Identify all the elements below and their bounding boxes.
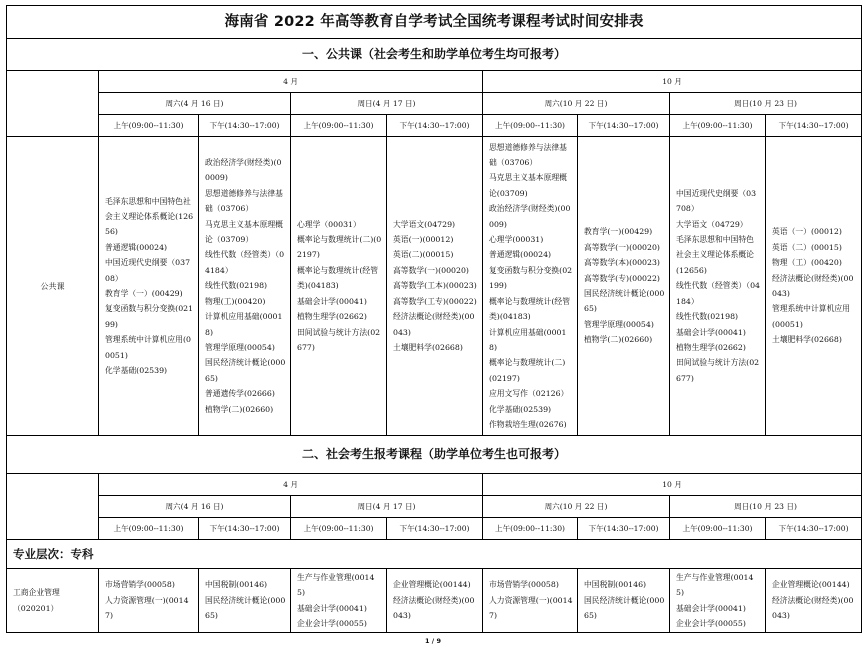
course-cell: 大学语文(04729)英语(一)(00012)英语(二)(00015)高等数学(… xyxy=(387,137,483,436)
course-entry: 概率论与数理统计(经管类)(04183) xyxy=(489,294,573,325)
month-april: 4 月 xyxy=(99,71,483,93)
slot-morning: 上午(09:00--11:30) xyxy=(291,518,387,540)
course-entry: 马克思主义基本原理概论(03709) xyxy=(489,170,573,201)
course-entry: 线性代数（经管类）（04184） xyxy=(205,247,286,278)
course-cell: 企业管理概论(00144)经济法概论(财经类)(00043) xyxy=(387,569,483,633)
course-entry: 化学基础(02539) xyxy=(105,363,194,378)
course-entry: 国民经济统计概论(00065) xyxy=(205,355,286,386)
course-entry: 复变函数与积分变换(02199) xyxy=(489,263,573,294)
exam-schedule-page: 海南省 2022 年高等教育自学考试全国统考课程考试时间安排表 一、公共课（社会… xyxy=(6,5,861,633)
course-entry: 化学基础(02539) xyxy=(489,402,573,417)
section2-heading: 二、社会考生报考课程（助学单位考生也可报考） xyxy=(7,436,862,474)
course-cell: 思想道德修养与法律基础（03706）马克思主义基本原理概论(03709)政治经济… xyxy=(483,137,578,436)
course-entry: 概率论与数理统计(二)(02197) xyxy=(297,232,382,263)
course-entry: 马克思主义基本原理概论（03709） xyxy=(205,217,286,248)
course-entry: 应用文写作（02126） xyxy=(489,386,573,401)
course-entry: 教育学（一）(00429) xyxy=(105,286,194,301)
course-entry: 计算机应用基础(00018) xyxy=(205,309,286,340)
course-entry: 国民经济统计概论(00065) xyxy=(584,286,665,317)
course-entry: 生产与作业管理(00145) xyxy=(676,570,761,601)
course-entry: 经济法概论(财经类)(00043) xyxy=(393,593,478,624)
course-entry: 市场营销学(00058) xyxy=(105,577,194,592)
course-entry: 政治经济学(财经类)(00009) xyxy=(205,155,286,186)
month-april: 4 月 xyxy=(99,474,483,496)
course-entry: 人力资源管理(一)(00147) xyxy=(105,593,194,624)
course-entry: 基础会计学(00041) xyxy=(297,601,382,616)
course-entry: 普通遗传学(02666) xyxy=(205,386,286,401)
course-entry: 企业会计学(00055) xyxy=(297,616,382,631)
course-entry: 企业会计学(00055) xyxy=(676,616,761,631)
course-cell: 中国税制(00146)国民经济统计概论(00065) xyxy=(199,569,291,633)
course-entry: 国民经济统计概论(00065) xyxy=(584,593,665,624)
course-entry: 经济法概论(财经类)(00043) xyxy=(772,593,857,624)
education-level: 专业层次：专科 xyxy=(7,540,862,569)
course-entry: 概率论与数理统计(经管类)(04183) xyxy=(297,263,382,294)
day-header: 周六(4 月 16 日) xyxy=(99,496,291,518)
course-entry: 物理(工)(00420) xyxy=(205,294,286,309)
slot-morning: 上午(09:00--11:30) xyxy=(99,518,199,540)
major-name: 工商企业管理 xyxy=(13,585,98,600)
document-title: 海南省 2022 年高等教育自学考试全国统考课程考试时间安排表 xyxy=(7,6,862,39)
course-entry: 普通逻辑(00024) xyxy=(105,240,194,255)
course-cell: 生产与作业管理(00145)基础会计学(00041)企业会计学(00055) xyxy=(670,569,766,633)
section1-heading: 一、公共课（社会考生和助学单位考生均可报考） xyxy=(7,39,862,71)
day-header: 周六(10 月 22 日) xyxy=(483,496,670,518)
slot-afternoon: 下午(14:30--17:00) xyxy=(766,518,862,540)
slot-afternoon: 下午(14:30--17:00) xyxy=(387,518,483,540)
month-october: 10 月 xyxy=(483,474,862,496)
exam-schedule-table: 海南省 2022 年高等教育自学考试全国统考课程考试时间安排表 一、公共课（社会… xyxy=(6,5,862,633)
major-name-cell: 工商企业管理 （020201） xyxy=(7,569,99,633)
course-entry: 普通逻辑(00024) xyxy=(489,247,573,262)
course-entry: 高等数学(工本)(00023) xyxy=(393,278,478,293)
course-entry: 心理学（00031） xyxy=(297,217,382,232)
course-cell: 市场营销学(00058)人力资源管理(一)(00147) xyxy=(483,569,578,633)
slot-morning: 上午(09:00--11:30) xyxy=(99,115,199,137)
course-entry: 田间试验与统计方法(02677) xyxy=(297,325,382,356)
course-cell: 生产与作业管理(00145)基础会计学(00041)企业会计学(00055) xyxy=(291,569,387,633)
slot-afternoon: 下午(14:30--17:00) xyxy=(766,115,862,137)
slot-afternoon: 下午(14:30--17:00) xyxy=(387,115,483,137)
course-entry: 国民经济统计概论(00065) xyxy=(205,593,286,624)
day-header: 周六(10 月 22 日) xyxy=(483,93,670,115)
course-entry: 毛泽东思想和中国特色社会主义理论体系概论(12656) xyxy=(105,194,194,240)
course-entry: 高等数学(一)(00020) xyxy=(584,240,665,255)
slot-morning: 上午(09:00--11:30) xyxy=(670,115,766,137)
course-entry: 中国近现代史纲要（03708） xyxy=(105,255,194,286)
course-entry: 生产与作业管理(00145) xyxy=(297,570,382,601)
course-entry: 企业管理概论(00144) xyxy=(393,577,478,592)
day-header: 周日(4 月 17 日) xyxy=(291,496,483,518)
course-entry: 教育学(一)(00429) xyxy=(584,224,665,239)
course-cell: 政治经济学(财经类)(00009)思想道德修养与法律基础（03706）马克思主义… xyxy=(199,137,291,436)
course-entry: 英语（一）(00012) xyxy=(772,224,857,239)
course-entry: 中国税制(00146) xyxy=(584,577,665,592)
course-cell: 市场营销学(00058)人力资源管理(一)(00147) xyxy=(99,569,199,633)
course-entry: 毛泽东思想和中国特色社会主义理论体系概论(12656) xyxy=(676,232,761,278)
day-header: 周日(10 月 23 日) xyxy=(670,496,862,518)
course-entry: 管理系统中计算机应用(00051) xyxy=(105,332,194,363)
course-entry: 管理学原理(00054) xyxy=(584,317,665,332)
course-entry: 高等数学(专)(00022) xyxy=(584,271,665,286)
slot-afternoon: 下午(14:30--17:00) xyxy=(199,115,291,137)
course-cell: 中国税制(00146)国民经济统计概论(00065) xyxy=(578,569,670,633)
course-entry: 思想道德修养与法律基础（03706） xyxy=(489,140,573,171)
course-entry: 高等数学(本)(00023) xyxy=(584,255,665,270)
course-entry: 心理学(00031) xyxy=(489,232,573,247)
course-entry: 植物学(二)(02660) xyxy=(205,402,286,417)
course-entry: 经济法概论(财经类)(00043) xyxy=(772,271,857,302)
slot-morning: 上午(09:00--11:30) xyxy=(483,115,578,137)
row-label-public-course: 公共课 xyxy=(7,137,99,436)
course-entry: 计算机应用基础(00018) xyxy=(489,325,573,356)
course-entry: 田间试验与统计方法(02677) xyxy=(676,355,761,386)
day-header: 周日(4 月 17 日) xyxy=(291,93,483,115)
course-entry: 基础会计学(00041) xyxy=(297,294,382,309)
course-entry: 市场营销学(00058) xyxy=(489,577,573,592)
course-entry: 土壤肥料学(02668) xyxy=(393,340,478,355)
course-cell: 教育学(一)(00429)高等数学(一)(00020)高等数学(本)(00023… xyxy=(578,137,670,436)
course-entry: 物理（工）(00420) xyxy=(772,255,857,270)
course-entry: 大学语文(04729) xyxy=(393,217,478,232)
slot-afternoon: 下午(14:30--17:00) xyxy=(199,518,291,540)
course-entry: 英语(二)(00015) xyxy=(393,247,478,262)
course-entry: 管理学原理(00054) xyxy=(205,340,286,355)
slot-morning: 上午(09:00--11:30) xyxy=(670,518,766,540)
course-entry: 管理系统中计算机应用(00051) xyxy=(772,301,857,332)
course-entry: 高等数学(工专)(00022) xyxy=(393,294,478,309)
course-entry: 企业管理概论(00144) xyxy=(772,577,857,592)
course-entry: 政治经济学(财经类)(00009) xyxy=(489,201,573,232)
corner-cell xyxy=(7,474,99,540)
course-entry: 植物生理学(02662) xyxy=(676,340,761,355)
day-header: 周日(10 月 23 日) xyxy=(670,93,862,115)
course-entry: 思想道德修养与法律基础（03706） xyxy=(205,186,286,217)
page-number: 1 / 9 xyxy=(0,637,866,645)
slot-afternoon: 下午(14:30--17:00) xyxy=(578,518,670,540)
course-entry: 复变函数与积分变换(02199) xyxy=(105,301,194,332)
major-code: （020201） xyxy=(13,601,98,616)
course-entry: 线性代数（经管类）（04184） xyxy=(676,278,761,309)
course-entry: 作物栽培生理(02676) xyxy=(489,417,573,432)
corner-cell xyxy=(7,71,99,137)
course-entry: 线性代数(02198) xyxy=(205,278,286,293)
course-entry: 中国近现代史纲要（03708） xyxy=(676,186,761,217)
course-entry: 基础会计学(00041) xyxy=(676,601,761,616)
slot-morning: 上午(09:00--11:30) xyxy=(291,115,387,137)
course-entry: 概率论与数理统计(二)(02197) xyxy=(489,355,573,386)
course-cell: 英语（一）(00012)英语（二）(00015)物理（工）(00420)经济法概… xyxy=(766,137,862,436)
course-entry: 线性代数(02198) xyxy=(676,309,761,324)
course-cell: 毛泽东思想和中国特色社会主义理论体系概论(12656)普通逻辑(00024)中国… xyxy=(99,137,199,436)
course-cell: 中国近现代史纲要（03708）大学语文（04729）毛泽东思想和中国特色社会主义… xyxy=(670,137,766,436)
course-entry: 高等数学(一)(00020) xyxy=(393,263,478,278)
course-entry: 大学语文（04729） xyxy=(676,217,761,232)
course-entry: 植物学(二)(02660) xyxy=(584,332,665,347)
course-entry: 植物生理学(02662) xyxy=(297,309,382,324)
course-entry: 人力资源管理(一)(00147) xyxy=(489,593,573,624)
course-entry: 经济法概论(财经类)(00043) xyxy=(393,309,478,340)
course-entry: 基础会计学(00041) xyxy=(676,325,761,340)
day-header: 周六(4 月 16 日) xyxy=(99,93,291,115)
slot-afternoon: 下午(14:30--17:00) xyxy=(578,115,670,137)
course-entry: 英语（二）(00015) xyxy=(772,240,857,255)
month-october: 10 月 xyxy=(483,71,862,93)
course-cell: 心理学（00031）概率论与数理统计(二)(02197)概率论与数理统计(经管类… xyxy=(291,137,387,436)
course-entry: 土壤肥料学(02668) xyxy=(772,332,857,347)
slot-morning: 上午(09:00--11:30) xyxy=(483,518,578,540)
course-entry: 中国税制(00146) xyxy=(205,577,286,592)
course-cell: 企业管理概论(00144)经济法概论(财经类)(00043) xyxy=(766,569,862,633)
course-entry: 英语(一)(00012) xyxy=(393,232,478,247)
